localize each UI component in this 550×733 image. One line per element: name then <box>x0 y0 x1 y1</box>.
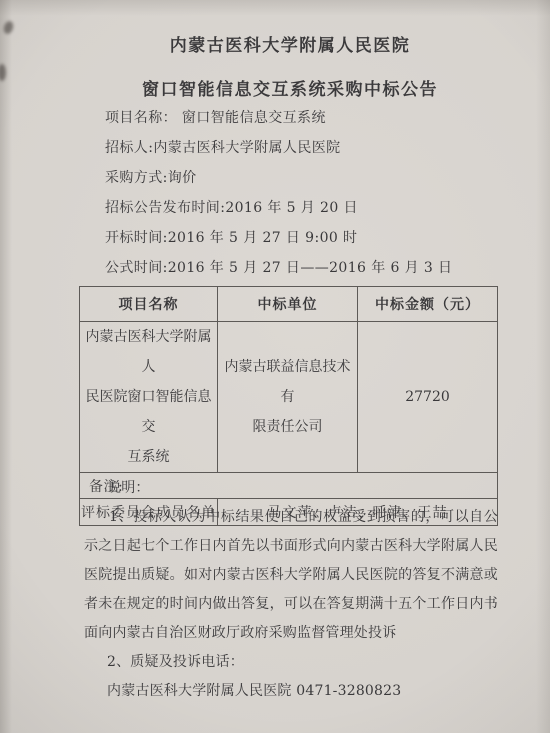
col-header-project-name: 项目名称 <box>80 287 218 322</box>
info-line-procurement-method: 采购方式:询价 <box>105 163 520 193</box>
photo-speck <box>0 64 6 81</box>
info-line-project-name: 项目名称： 窗口智能信息交互系统 <box>105 103 520 133</box>
announcement-title: 窗口智能信息交互系统采购中标公告 <box>30 75 550 100</box>
info-line-tenderee: 招标人:内蒙古医科大学附属人民医院 <box>105 133 520 163</box>
table-winner-row: 内蒙古医科大学附属人 民医院窗口智能信息交 互系统 内蒙古联益信息技术有 限责任… <box>80 322 498 473</box>
notes-item-complaint-phone-label: 2、质疑及投诉电话： <box>84 648 498 677</box>
info-list: 项目名称： 窗口智能信息交互系统 招标人:内蒙古医科大学附属人民医院 采购方式:… <box>105 103 520 283</box>
col-header-winning-amount: 中标金额（元） <box>358 287 498 322</box>
notes-section: 说明： 1、投标人认为中标结果使自己的权益受到损害的，可以自公示之日起七个工作日… <box>84 474 498 706</box>
notes-contact-line: 内蒙古医科大学附属人民医院 0471-3280823 <box>84 677 498 706</box>
cell-winning-amount: 27720 <box>358 322 498 473</box>
info-line-publicity-period: 公式时间:2016 年 5 月 27 日——2016 年 6 月 3 日 <box>105 253 520 283</box>
document-photo: 内蒙古医科大学附属人民医院 窗口智能信息交互系统采购中标公告 项目名称： 窗口智… <box>0 0 550 733</box>
info-line-bid-opening-time: 开标时间:2016 年 5 月 27 日 9:00 时 <box>105 223 520 253</box>
col-header-winning-unit: 中标单位 <box>218 287 358 322</box>
org-title: 内蒙古医科大学附属人民医院 <box>30 31 550 56</box>
photo-speck <box>2 20 15 35</box>
table-header-row: 项目名称 中标单位 中标金额（元） <box>80 287 498 322</box>
cell-winning-company: 内蒙古联益信息技术有 限责任公司 <box>218 322 358 473</box>
info-line-announcement-date: 招标公告发布时间:2016 年 5 月 20 日 <box>105 193 520 223</box>
notes-item-objection-procedure: 1、投标人认为中标结果使自己的权益受到损害的，可以自公示之日起七个工作日内首先以… <box>84 503 498 648</box>
notes-heading: 说明： <box>84 474 498 503</box>
cell-project-name: 内蒙古医科大学附属人 民医院窗口智能信息交 互系统 <box>80 322 218 473</box>
